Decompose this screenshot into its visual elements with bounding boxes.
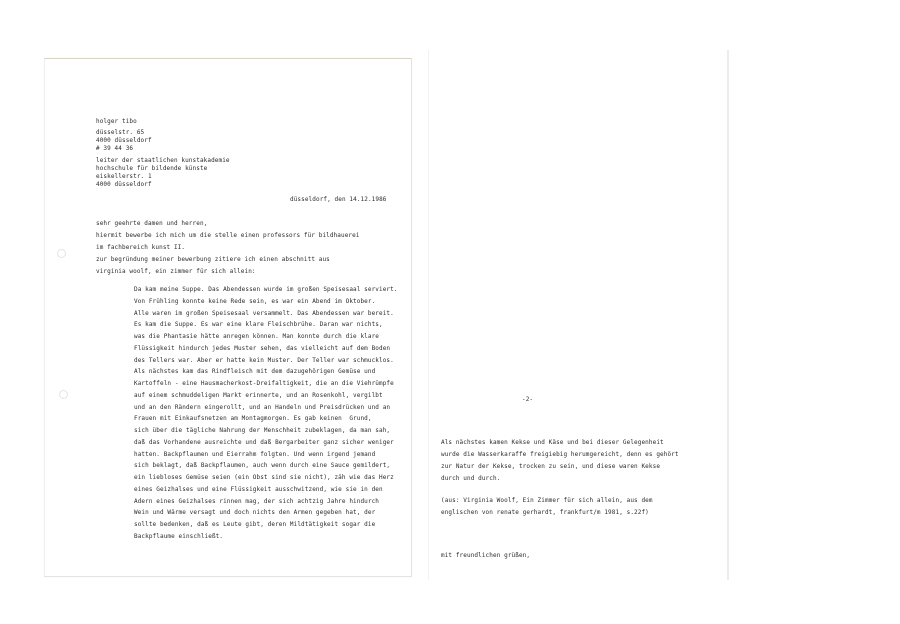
quote-line: Da kam meine Suppe. Das Abendessen wurde… — [134, 284, 398, 296]
intro-line: virginia woolf, ein zimmer für sich alle… — [96, 267, 256, 277]
salutation: sehr geehrte damen und herren, — [96, 219, 207, 229]
intro-line: hiermit bewerbe ich mich um die stelle e… — [96, 231, 360, 241]
quote-line: daß das Vorhandene ausreichte und daß Be… — [134, 437, 394, 449]
punch-hole — [59, 390, 68, 399]
sender-name: holger tibo — [96, 117, 137, 127]
quote-line: Flüssigkeit hindurch jedes Muster sehen,… — [134, 343, 390, 355]
quote-line: Von Frühling konnte keine Rede sein, es … — [134, 296, 375, 308]
quote-line: Als nächstes kam das Rindfleisch mit dem… — [134, 366, 375, 378]
quote-line: Es kam die Suppe. Es war eine klare Flei… — [134, 319, 383, 331]
citation-line: englischen von renate gerhardt, frankfur… — [441, 508, 649, 518]
page-number: -2- — [522, 395, 533, 405]
quote-line: sich über die tägliche Nahrung der Mensc… — [134, 425, 390, 437]
quote-line: und an den Rändern eingerollt, und an Ha… — [134, 402, 390, 414]
quote-line: Frauen mit Einkaufsnetzen am Montagmorge… — [134, 413, 372, 425]
continuation-line: Als nächstes kamen Kekse und Käse und be… — [441, 438, 664, 448]
quote-line: was die Phantasie hätte anregen können. … — [134, 331, 379, 343]
quote-line: hatten. Backpflaumen und Eierrahm folgte… — [134, 449, 375, 461]
citation-line: (aus: Virginia Woolf, Ein Zimmer für sic… — [441, 496, 653, 506]
recipient-line: eiskellerstr. 1 — [96, 173, 152, 181]
sender-city: 4000 düsseldorf — [96, 137, 152, 145]
quote-line: eines Geizhalses und eine Flüssigkeit au… — [134, 484, 383, 496]
quote-line: ein liebloses Gemüse seien (ein Obst sin… — [134, 472, 394, 484]
intro-line: zur begründung meiner bewerbung zitiere … — [96, 255, 330, 265]
continuation-line: wurde die Wasserkaraffe freigiebig herum… — [441, 450, 679, 460]
sender-street: düsselstr. 65 — [96, 129, 144, 137]
recipient-line: hochschule für bildende künste — [96, 165, 207, 173]
intro-line: im fachbereich kunst II. — [96, 243, 185, 253]
quote-line: Wein und Wärme versagt und doch nichts d… — [134, 507, 375, 519]
quote-line: Kartoffeln - eine Hausmacherkost-Dreifal… — [134, 378, 394, 390]
punch-hole — [57, 249, 66, 258]
recipient-line: 4000 düsseldorf — [96, 181, 152, 189]
quote-line: sich beklagt, daß Backpflaumen, auch wen… — [134, 460, 390, 472]
quote-line: sollte bedenken, daß es Leute gibt, dere… — [134, 519, 375, 531]
continuation-line: zur Natur der Kekse, trocken zu sein, un… — [441, 462, 660, 472]
quote-line: Adern eines Geizhalses rinnen mag, der s… — [134, 496, 379, 508]
continuation-line: durch und durch. — [441, 474, 500, 484]
recipient-line: leiter der staatlichen kunstakademie — [96, 157, 230, 165]
quote-line: Alle waren im großen Speisesaal versamme… — [134, 308, 394, 320]
sender-phone: # 39 44 36 — [96, 145, 133, 153]
quote-line: auf einem schmuddeligen Markt erinnerte,… — [134, 390, 383, 402]
closing: mit freundlichen grüßen, — [441, 551, 530, 561]
quote-line: Backpflaume einschließt. — [134, 531, 223, 543]
date-line: düsseldorf, den 14.12.1986 — [290, 195, 387, 205]
quote-line: des Tellers war. Aber er hatte kein Must… — [134, 355, 394, 367]
